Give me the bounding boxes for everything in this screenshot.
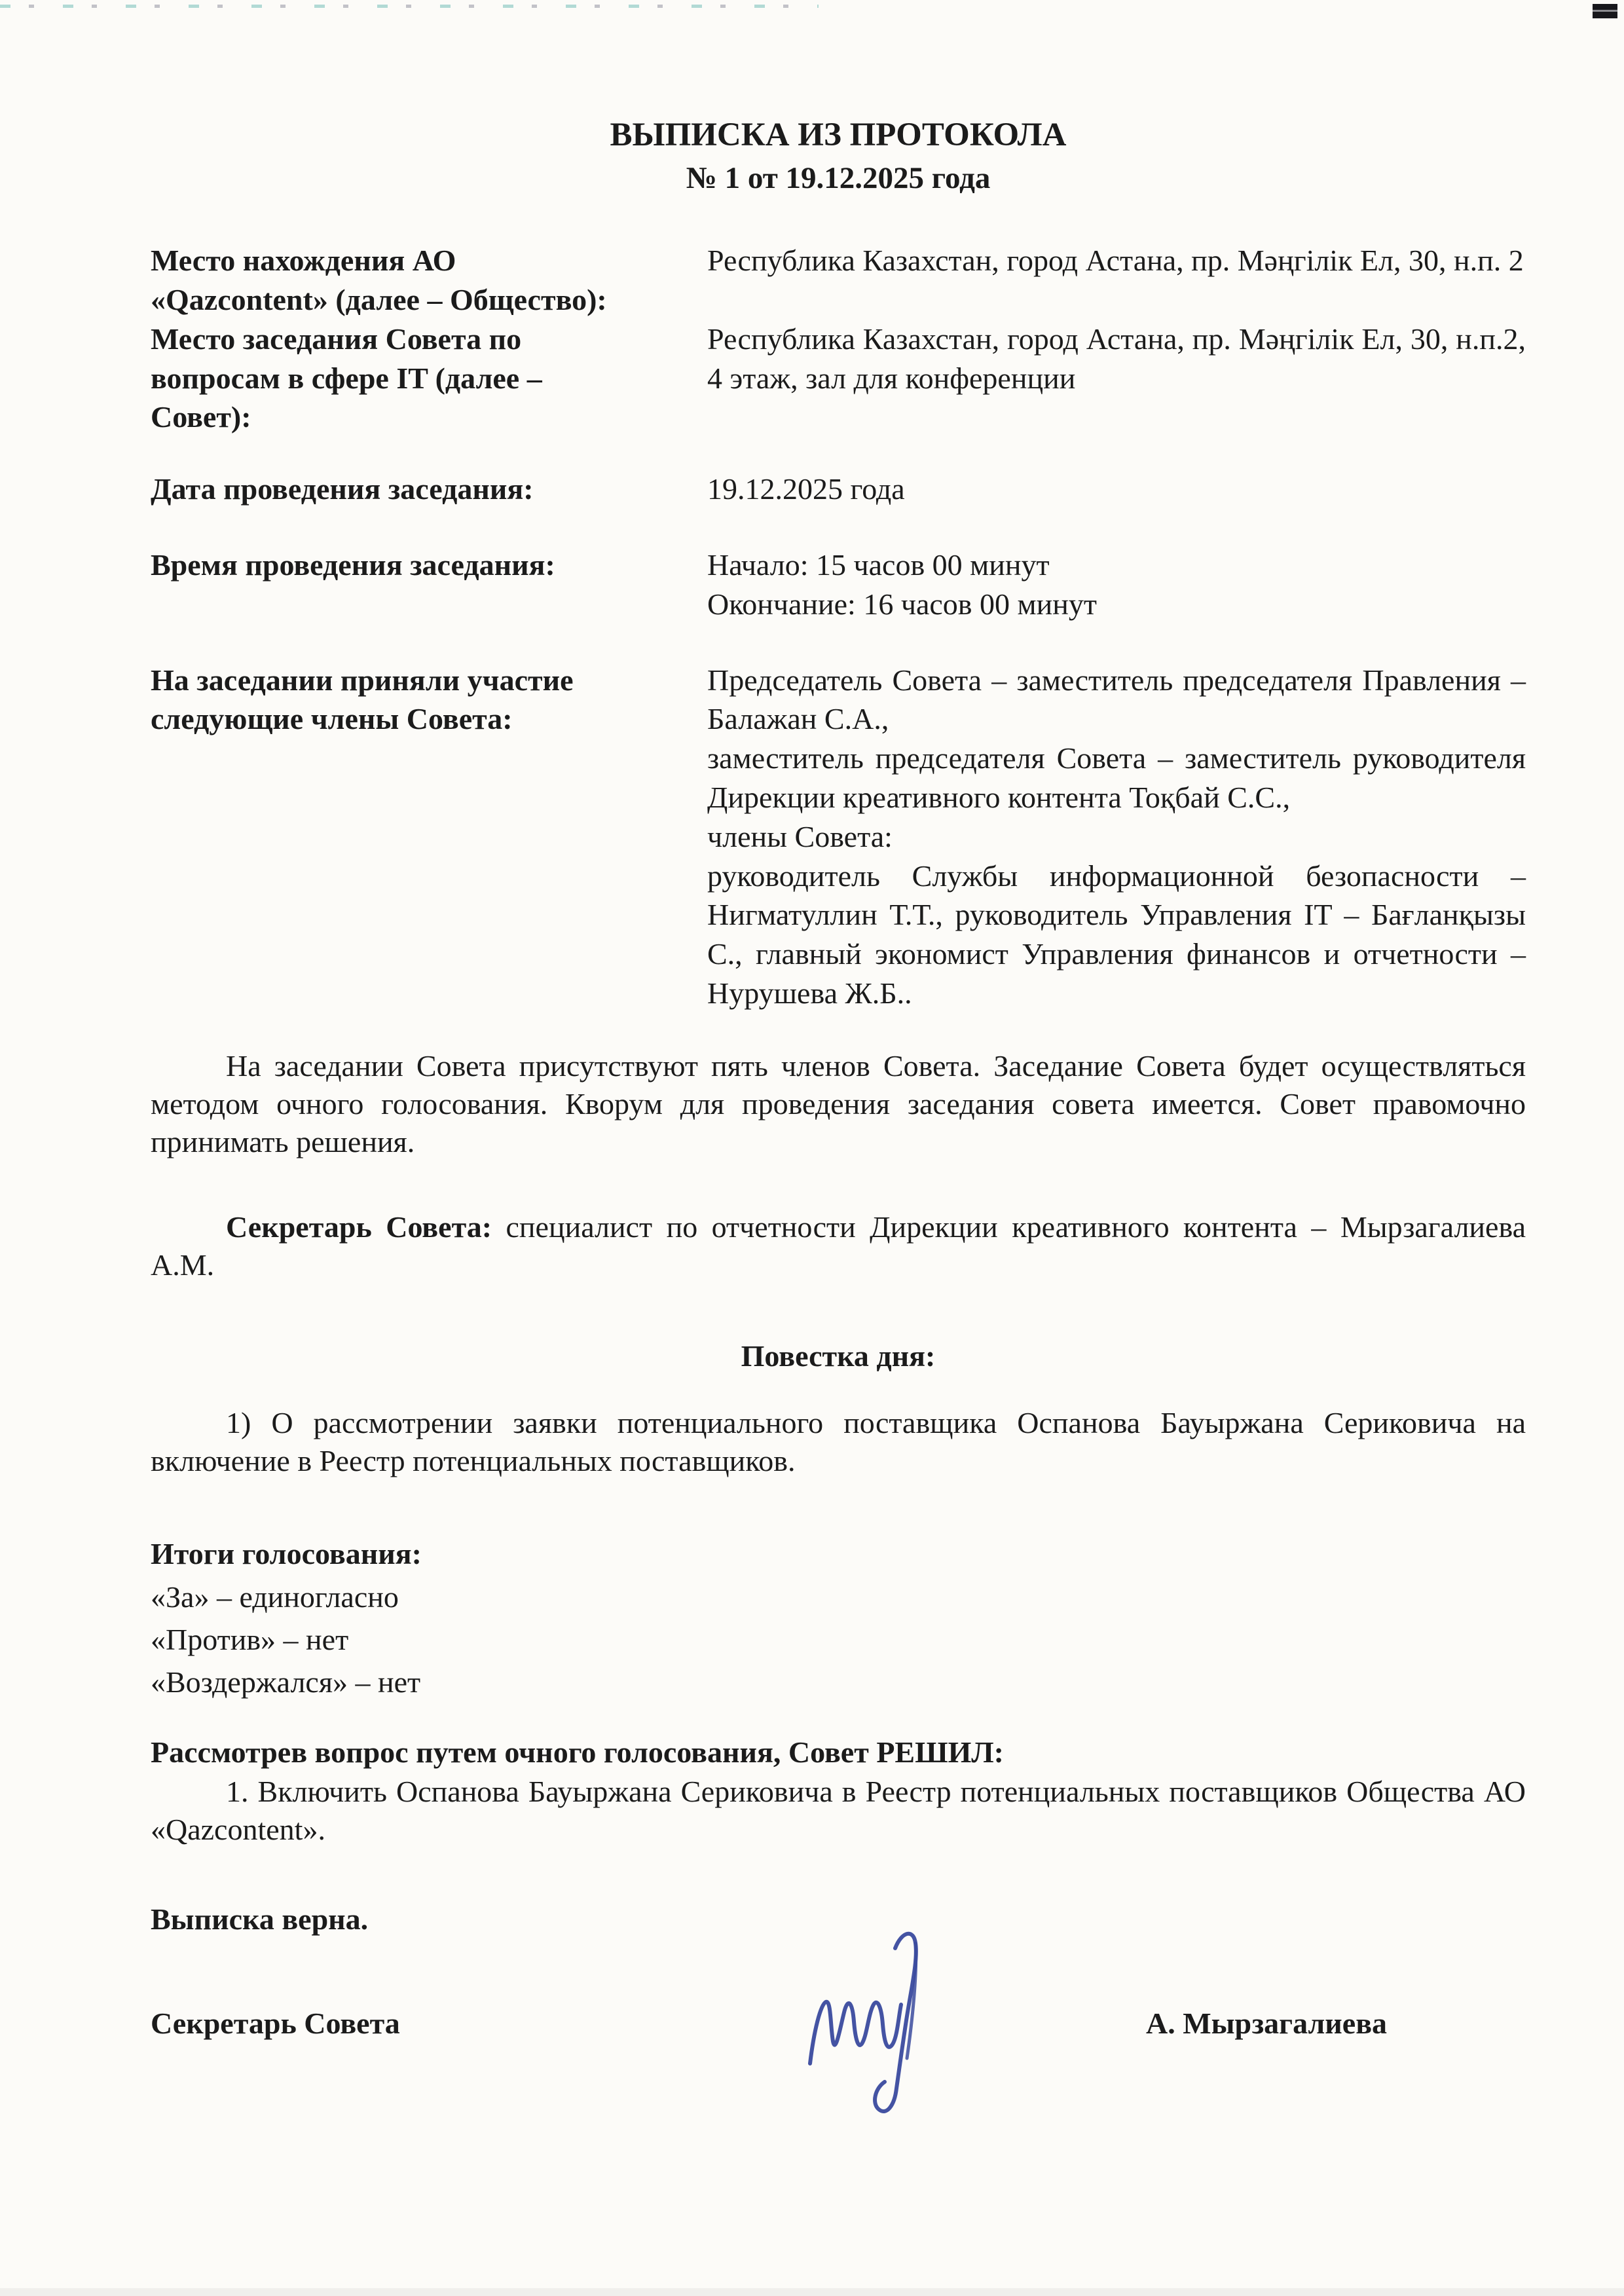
- voting-heading: Итоги голосования:: [151, 1532, 1526, 1575]
- meta-row-meeting-location: Место заседания Совета по вопросам в сфе…: [151, 320, 1526, 437]
- voting-item-against: «Против» – нет: [151, 1618, 1526, 1661]
- meta-label: Место заседания Совета по вопросам в сфе…: [151, 320, 635, 437]
- participants-members-label: члены Совета:: [707, 817, 1526, 857]
- decision-heading: Рассмотрев вопрос путем очного голосован…: [151, 1733, 1526, 1772]
- scan-artifact-line: [0, 5, 819, 8]
- agenda-heading: Повестка дня:: [151, 1337, 1526, 1376]
- meta-value: Республика Казахстан, город Астана, пр. …: [707, 241, 1526, 280]
- scan-artifact-corner: [1593, 4, 1617, 18]
- signature-name: А. Мырзагалиева: [1146, 2006, 1387, 2041]
- signature-ink: [796, 1925, 959, 2128]
- agenda-item: 1) О рассмотрении заявки потенциального …: [151, 1404, 1526, 1480]
- scan-artifact-bottom-edge: [0, 2288, 1624, 2296]
- meta-label: На заседании приняли участие следующие ч…: [151, 661, 635, 1013]
- decision-item: 1. Включить Оспанова Бауыржана Серикович…: [151, 1773, 1526, 1849]
- scanned-document-page: ВЫПИСКА ИЗ ПРОТОКОЛА № 1 от 19.12.2025 г…: [0, 0, 1624, 2296]
- meta-row-meeting-date: Дата проведения заседания: 19.12.2025 го…: [151, 470, 1526, 509]
- voting-item-abstained: «Воздержался» – нет: [151, 1661, 1526, 1703]
- meta-label: Дата проведения заседания:: [151, 470, 635, 509]
- meta-value: Начало: 15 часов 00 минут Окончание: 16 …: [707, 546, 1526, 624]
- participant-chairman: Председатель Совета – заместитель предсе…: [707, 661, 1526, 739]
- time-start: Начало: 15 часов 00 минут: [707, 546, 1526, 585]
- signature-block: Секретарь Совета А. Мырзагалиева: [151, 1968, 1526, 2112]
- meta-row-meeting-time: Время проведения заседания: Начало: 15 ч…: [151, 546, 1526, 624]
- meta-row-company-location: Место нахождения АО «Qazcontent» (далее …: [151, 241, 1526, 320]
- quorum-paragraph: На заседании Совета присутствуют пять чл…: [151, 1047, 1526, 1161]
- document-content: ВЫПИСКА ИЗ ПРОТОКОЛА № 1 от 19.12.2025 г…: [151, 113, 1526, 2112]
- meta-table: Место нахождения АО «Qazcontent» (далее …: [151, 241, 1526, 1013]
- meta-value: Председатель Совета – заместитель предсе…: [707, 661, 1526, 1013]
- document-number-date: № 1 от 19.12.2025 года: [151, 158, 1526, 199]
- meta-value: Республика Казахстан, город Астана, пр. …: [707, 320, 1526, 398]
- secretary-paragraph: Секретарь Совета: специалист по отчетнос…: [151, 1208, 1526, 1284]
- voting-results: Итоги голосования: «За» – единогласно «П…: [151, 1532, 1526, 1703]
- meta-label: Время проведения заседания:: [151, 546, 635, 624]
- time-end: Окончание: 16 часов 00 минут: [707, 585, 1526, 624]
- participant-deputy-chairman: заместитель председателя Совета – замест…: [707, 739, 1526, 817]
- signature-role: Секретарь Совета: [151, 2006, 400, 2041]
- participants-members: руководитель Службы информационной безоп…: [707, 857, 1526, 1013]
- meta-row-participants: На заседании приняли участие следующие ч…: [151, 661, 1526, 1013]
- meta-label: Место нахождения АО «Qazcontent» (далее …: [151, 241, 635, 320]
- secretary-label: Секретарь Совета:: [226, 1210, 492, 1244]
- document-title: ВЫПИСКА ИЗ ПРОТОКОЛА: [151, 113, 1526, 158]
- meta-value: 19.12.2025 года: [707, 470, 1526, 509]
- voting-item-for: «За» – единогласно: [151, 1576, 1526, 1618]
